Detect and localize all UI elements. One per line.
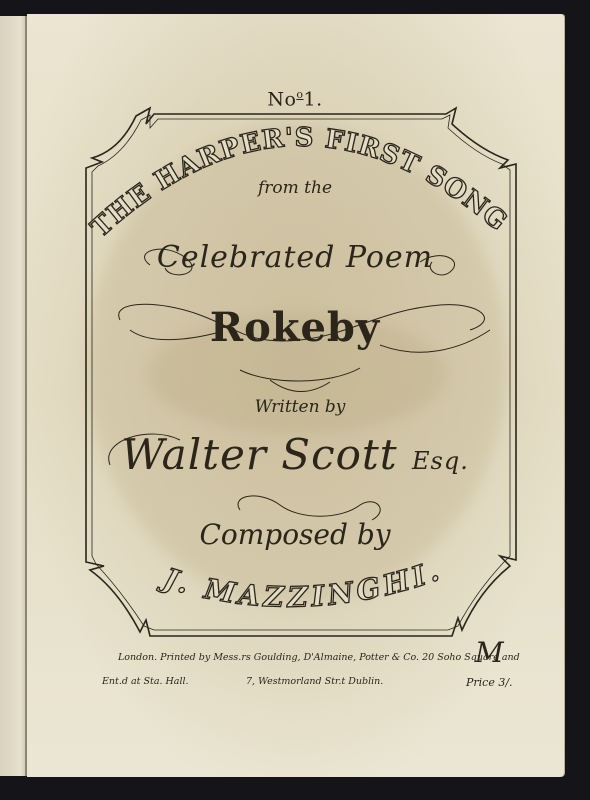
composed-by-label: Composed by: [0, 518, 590, 551]
scanned-page: THE HARPER'S FIRST SONG. J. MAZZINGHI. N…: [0, 0, 590, 800]
title-arc: THE HARPER'S FIRST SONG.: [0, 0, 512, 244]
author-name: Walter Scott Esq.: [0, 430, 590, 479]
dublin-address: 7, Westmorland Str.t Dublin.: [246, 676, 383, 687]
celebrated-poem-label: Celebrated Poem: [0, 240, 590, 275]
from-the-label: from the: [0, 178, 590, 198]
poem-title: Rokeby: [0, 304, 590, 351]
price-label: Price 3/.: [466, 676, 513, 689]
composer-arc: J. MAZZINGHI.: [155, 553, 447, 614]
publisher-imprint: London. Printed by Mess.rs Goulding, D'A…: [118, 652, 520, 663]
handwritten-signature: M: [475, 636, 504, 669]
stationers-hall-entry: Ent.d at Sta. Hall.: [102, 676, 189, 687]
written-by-label: Written by: [0, 397, 590, 417]
song-number: Noo1.: [0, 88, 590, 110]
